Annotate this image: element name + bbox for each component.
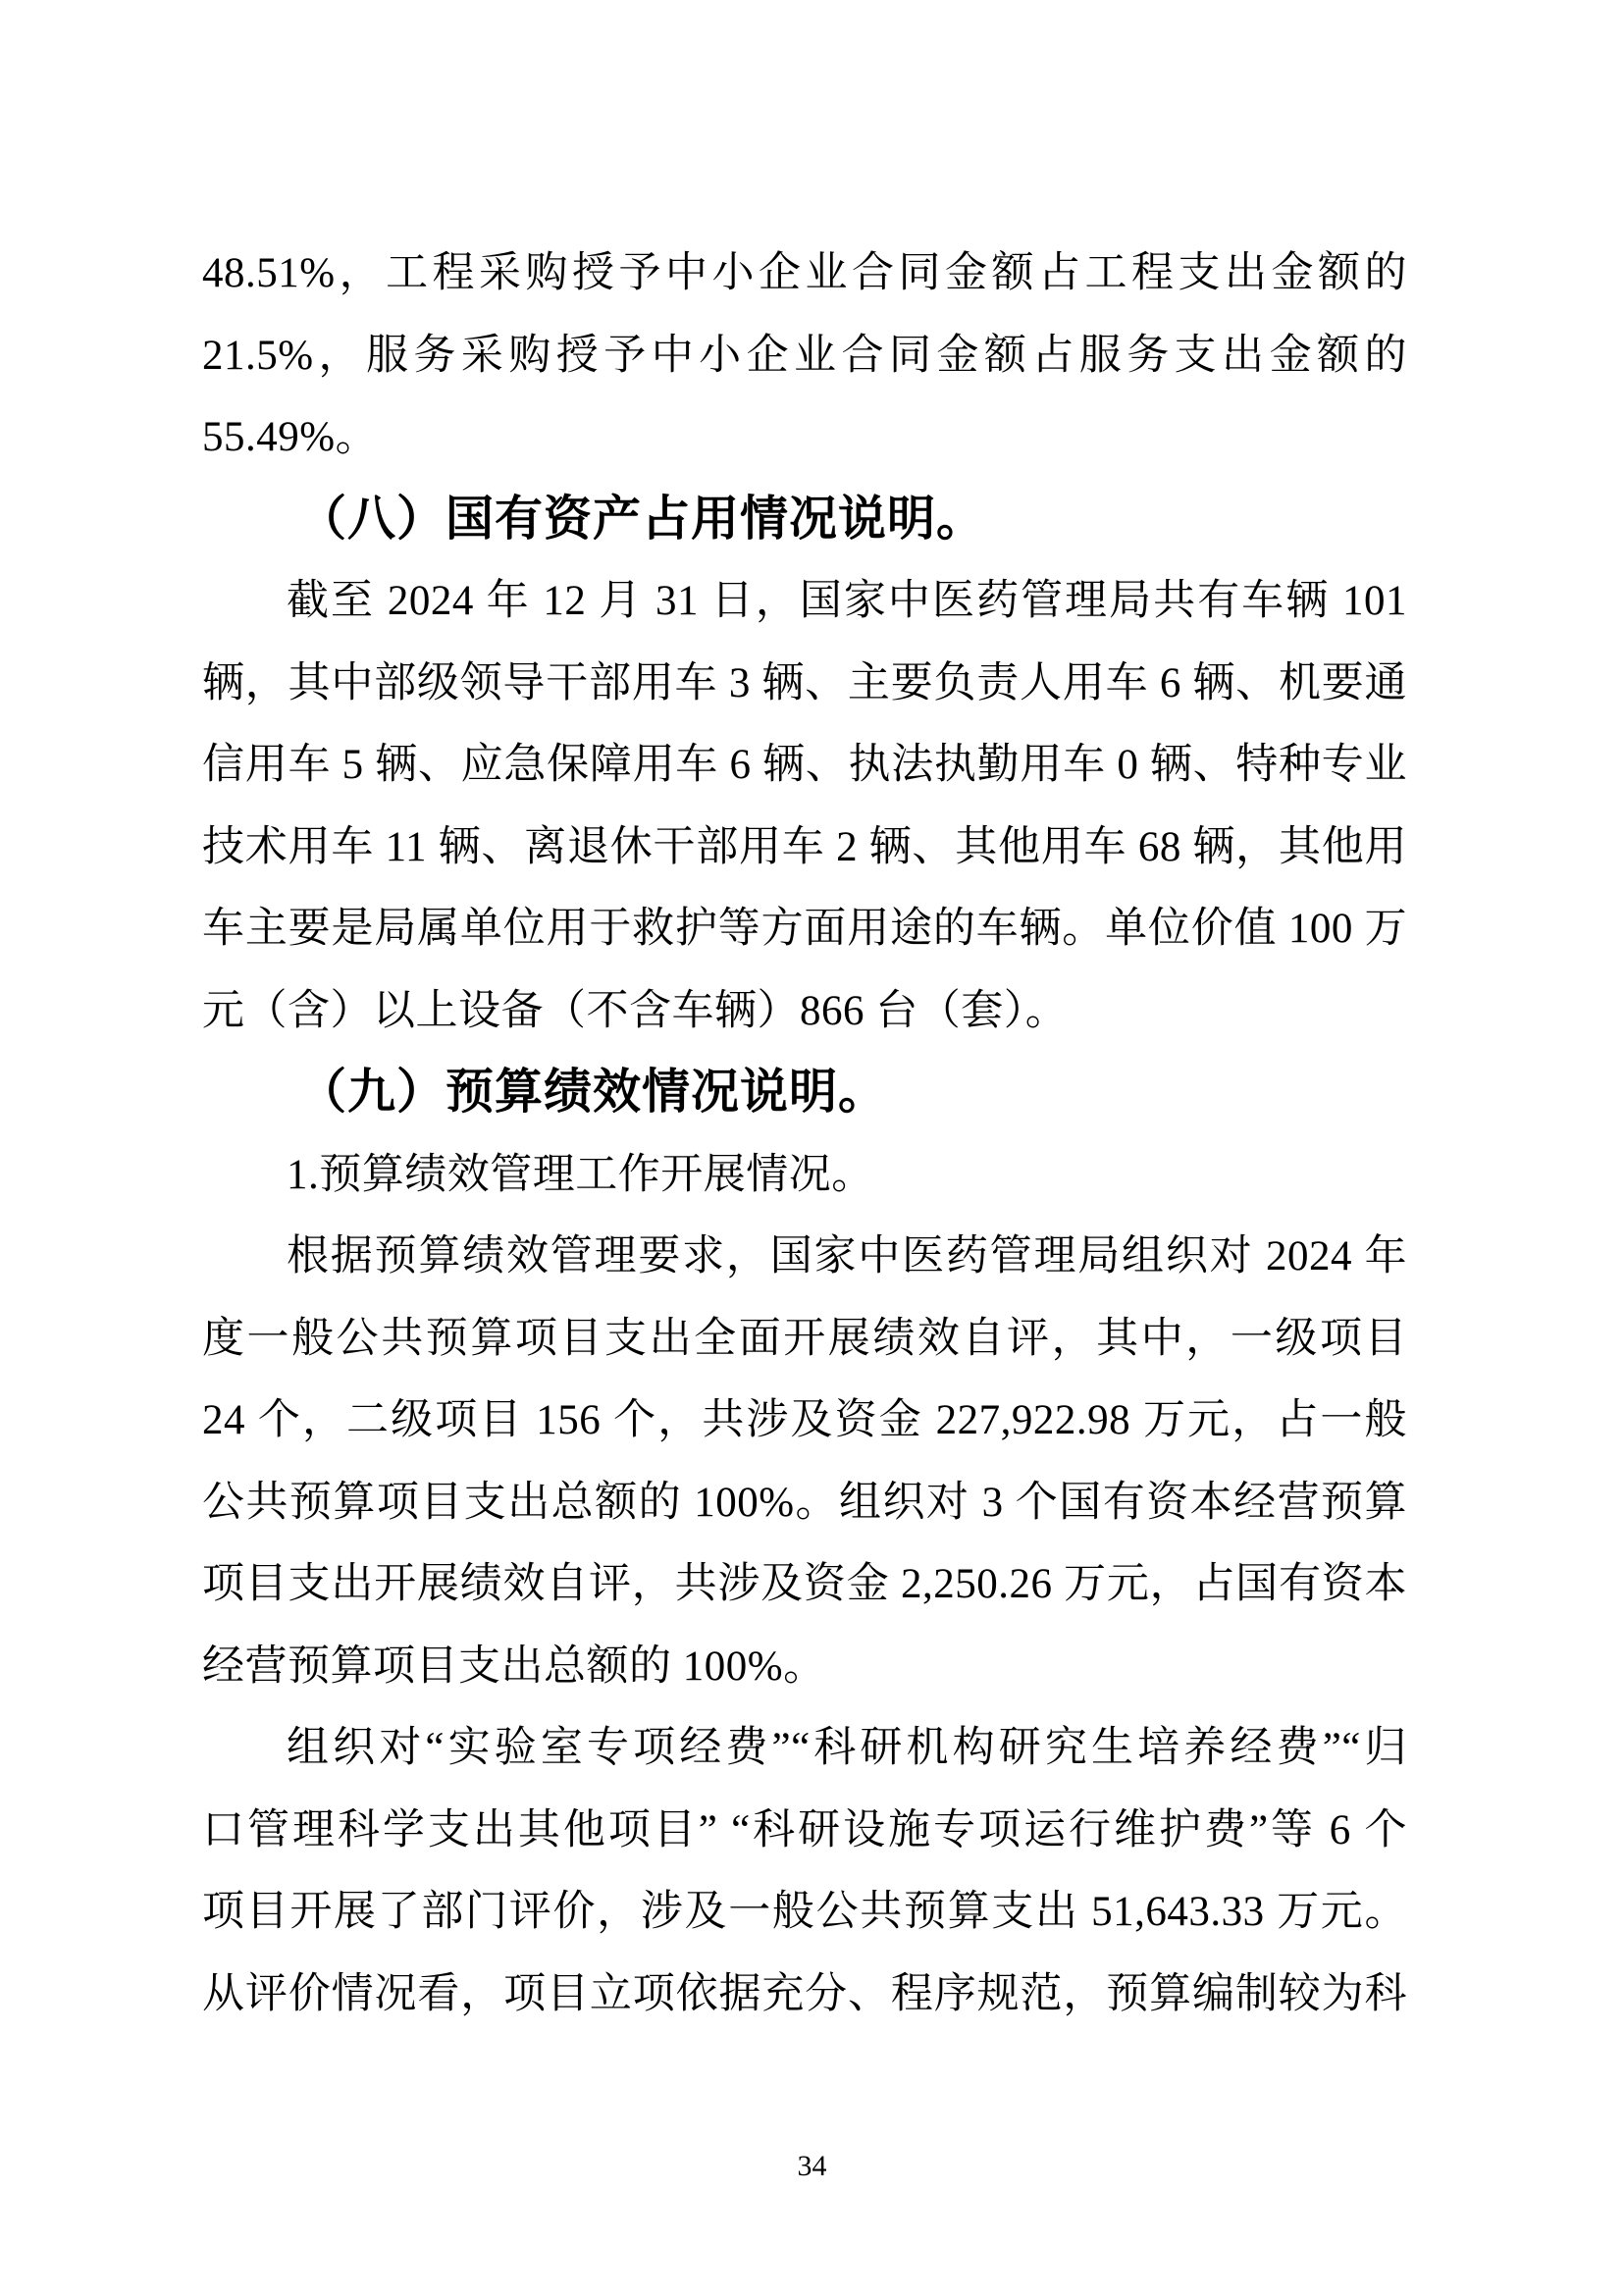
text-line: 21.5%，服务采购授予中小企业合同金额占服务支出金额的 — [202, 315, 1407, 397]
text-line: 组织对“实验室专项经费”“科研机构研究生培养经费”“归 — [202, 1707, 1407, 1790]
text-line: 信用车 5 辆、应急保障用车 6 辆、执法执勤用车 0 辆、特种专业 — [202, 724, 1407, 807]
text-line: 技术用车 11 辆、离退休干部用车 2 辆、其他用车 68 辆，其他用 — [202, 807, 1407, 889]
page-body-text: 48.51%，工程采购授予中小企业合同金额占工程支出金额的 21.5%，服务采购… — [202, 233, 1407, 2035]
text-line: 度一般公共预算项目支出全面开展绩效自评，其中，一级项目 — [202, 1298, 1407, 1381]
text-line: 截至 2024 年 12 月 31 日，国家中医药管理局共有车辆 101 — [202, 560, 1407, 643]
text-line: 辆，其中部级领导干部用车 3 辆、主要负责人用车 6 辆、机要通 — [202, 643, 1407, 725]
text-line: 元（含）以上设备（不含车辆）866 台（套）。 — [202, 970, 1407, 1053]
text-line: 24 个，二级项目 156 个，共涉及资金 227,922.98 万元，占一般 — [202, 1380, 1407, 1462]
text-line: 项目开展了部门评价，涉及一般公共预算支出 51,643.33 万元。 — [202, 1871, 1407, 1954]
text-line: 项目支出开展绩效自评，共涉及资金 2,250.26 万元，占国有资本 — [202, 1543, 1407, 1626]
text-line: 55.49%。 — [202, 396, 1407, 479]
text-line: 48.51%，工程采购授予中小企业合同金额占工程支出金额的 — [202, 233, 1407, 315]
document-page: 48.51%，工程采购授予中小企业合同金额占工程支出金额的 21.5%，服务采购… — [0, 0, 1624, 2295]
text-line: 经营预算项目支出总额的 100%。 — [202, 1626, 1407, 1708]
page-number: 34 — [0, 2142, 1624, 2191]
text-line: 口管理科学支出其他项目” “科研设施专项运行维护费”等 6 个 — [202, 1790, 1407, 1872]
subsection-title: 1.预算绩效管理工作开展情况。 — [202, 1134, 1407, 1217]
text-line: 根据预算绩效管理要求，国家中医药管理局组织对 2024 年 — [202, 1216, 1407, 1298]
text-line: 车主要是局属单位用于救护等方面用途的车辆。单位价值 100 万 — [202, 888, 1407, 970]
text-line: 从评价情况看，项目立项依据充分、程序规范，预算编制较为科 — [202, 1954, 1407, 2036]
section-heading-9: （九）预算绩效情况说明。 — [202, 1052, 1407, 1134]
section-heading-8: （八）国有资产占用情况说明。 — [202, 479, 1407, 561]
text-line: 公共预算项目支出总额的 100%。组织对 3 个国有资本经营预算 — [202, 1462, 1407, 1544]
